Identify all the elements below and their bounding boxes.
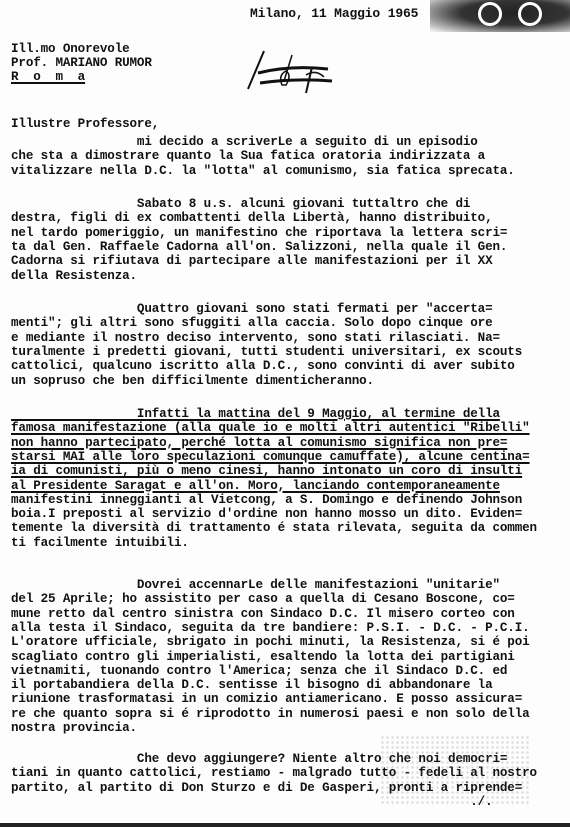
paragraph-2-line: Sabato 8 u.s. alcuni giovani tuttaltro c… (11, 197, 470, 211)
paragraph-3-line: cattolici, qualcuno iscritto alla D.C., … (11, 359, 515, 373)
paragraph-1-line: vitalizzare nella D.C. la "lotta" al com… (11, 164, 515, 178)
paragraph-1-line: mi decido a scriverLe a seguito di un ep… (11, 135, 478, 149)
paragraph-4-line: ia di comunisti, più o meno cinesi, hann… (11, 464, 522, 478)
archive-stamp-mark (430, 0, 570, 32)
paragraph-4-line: boia.I preposti al servizio d'ordine non… (11, 507, 522, 521)
paragraph-4-line: famosa manifestazione (alla quale io e m… (11, 421, 530, 435)
paragraph-1-line: che sta a dimostrare quanto la Sua fatic… (11, 149, 485, 163)
paragraph-3-line: menti"; gli altri sono sfuggiti alla cac… (11, 316, 493, 330)
paragraph-5-line: alla testa il Sindaco, seguita da tre ba… (11, 621, 530, 635)
letter-page: Milano, 11 Maggio 1965 Ill.mo Onorevole … (0, 0, 570, 827)
paragraph-2-line: ta dal Gen. Raffaele Cadorna all'on. Sal… (11, 240, 507, 254)
paragraph-5-line: mune retto dal centro sinistra con Sinda… (11, 607, 515, 621)
spiral-glyph-icon (518, 2, 542, 26)
paragraph-2-line: Cadorna si rifiutava di partecipare alle… (11, 254, 493, 268)
paragraph-4-line: ti facilmente intuibili. (11, 536, 189, 550)
paragraph-5-line: Dovrei accennarLe delle manifestazioni "… (11, 578, 500, 592)
paragraph-2-line: della Resistenza. (11, 269, 137, 283)
paragraph-5-line: scagliato contro gli imperialisti, esalt… (11, 650, 515, 664)
paragraph-4-line: Infatti la mattina del 9 Maggio, al term… (11, 407, 500, 421)
paragraph-5-line: vietnamiti, tuonando contro l'America; s… (11, 664, 507, 678)
paragraph-5-line: il portabandiera della D.C. sentisse il … (11, 678, 493, 692)
spiral-glyph-icon (478, 2, 502, 26)
recipient-title: Ill.mo Onorevole (11, 42, 130, 56)
paragraph-3-line: un sopruso che ben difficilmente dimenti… (11, 374, 374, 388)
paragraph-4-line: non hanno partecipato, perché lotta al c… (11, 436, 507, 450)
scan-edge (0, 823, 570, 827)
paragraph-5-line: re che quanto sopra si é riprodotto in n… (11, 707, 530, 721)
paragraph-4-line: temente la diversità di trattamento é st… (11, 521, 537, 535)
paragraph-3-line: e mediante il nostro deciso intervento, … (11, 331, 500, 345)
paragraph-4-line: starsi MAI alle loro speculazioni comunq… (11, 450, 530, 464)
paragraph-4-line: manifestini inneggianti al Vietcong, a S… (11, 493, 522, 507)
recipient-name: Prof. MARIANO RUMOR (11, 56, 152, 70)
recipient-city: R o m a (11, 70, 85, 84)
paragraph-3-line: Quattro giovani sono stati fermati per "… (11, 302, 493, 316)
paragraph-2-line: destra, figli di ex combattenti della Li… (11, 211, 493, 225)
paragraph-3-line: turalmente i predetti giovani, tutti stu… (11, 345, 522, 359)
paragraph-5-line: L'oratore ufficiale, sbrigato in pochi m… (11, 635, 530, 649)
paragraph-5-line: del 25 Aprile; ho assistito per caso a q… (11, 592, 515, 606)
paragraph-5-line: nostra provincia. (11, 721, 137, 735)
paragraph-4-line: al Presidente Saragat e all'on. Moro, la… (11, 479, 500, 493)
paragraph-5-line: riunione trasformatasi in un comizio ant… (11, 692, 522, 706)
paragraph-2-line: nel tardo pomeriggio, un manifestino che… (11, 226, 507, 240)
handwritten-signature-icon (240, 45, 350, 95)
salutation: Illustre Professore, (11, 117, 159, 131)
scan-noise (380, 735, 530, 805)
place-date: Milano, 11 Maggio 1965 (250, 7, 418, 21)
